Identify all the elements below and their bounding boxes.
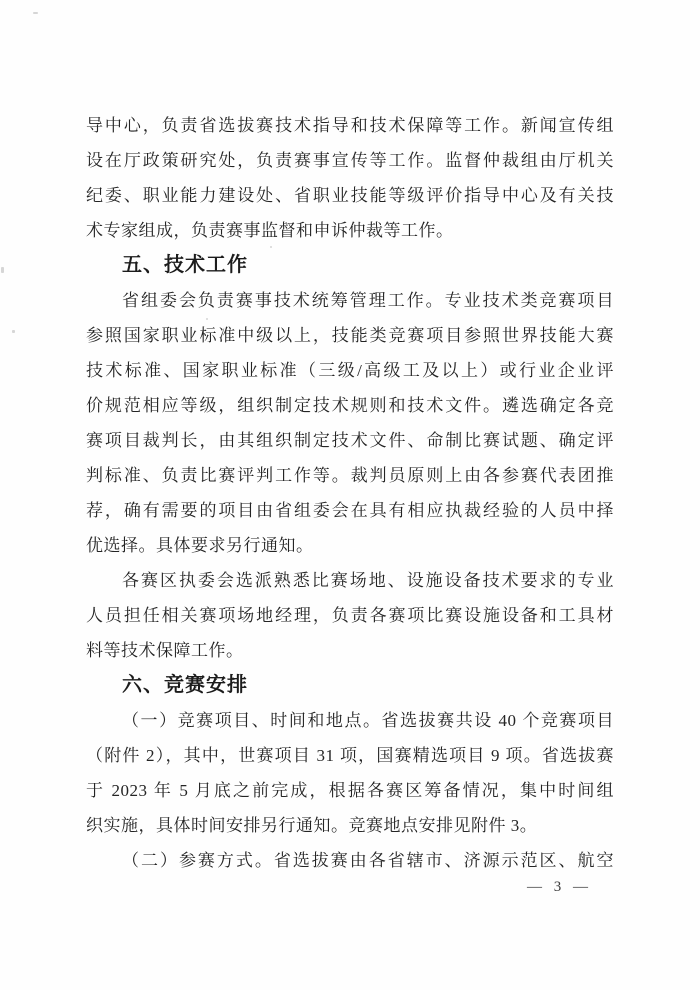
- text-line: 参照国家职业标准中级以上，技能类竞赛项目参照世界技能大赛: [86, 318, 614, 353]
- text-line: 赛项目裁判长，由其组织制定技术文件、命制比赛试题、确定评: [86, 423, 614, 458]
- text-line: 技术标准、国家职业标准（三级/高级工及以上）或行业企业评: [86, 353, 614, 388]
- text-line: 荐，确有需要的项目由省组委会在具有相应执裁经验的人员中择: [86, 493, 614, 528]
- text-line: 各赛区执委会选派熟悉比赛场地、设施设备技术要求的专业: [86, 563, 614, 598]
- text-line: 于 2023 年 5 月底之前完成，根据各赛区筹备情况，集中时间组: [86, 773, 614, 808]
- text-line: 人员担任相关赛项场地经理，负责各赛项比赛设施设备和工具材: [86, 598, 614, 633]
- text-line: 料等技术保障工作。: [86, 633, 614, 668]
- text-line: 术专家组成，负责赛事监督和申诉仲裁等工作。: [86, 213, 614, 248]
- text-line: 优选择。具体要求另行通知。: [86, 528, 614, 563]
- document-page: 导中心，负责省选拔赛技术指导和技术保障等工作。新闻宣传组设在厅政策研究处，负责赛…: [0, 0, 700, 990]
- page-number: — 3 —: [527, 879, 592, 896]
- text-line: 省组委会负责赛事技术统筹管理工作。专业技术类竞赛项目: [86, 283, 614, 318]
- text-line: 判标准、负责比赛评判工作等。裁判员原则上由各参赛代表团推: [86, 458, 614, 493]
- text-line: 价规范相应等级，组织制定技术规则和技术文件。遴选确定各竞: [86, 388, 614, 423]
- text-column: 导中心，负责省选拔赛技术指导和技术保障等工作。新闻宣传组设在厅政策研究处，负责赛…: [86, 108, 614, 878]
- scan-artifact: [1, 267, 4, 273]
- text-line: （一）竞赛项目、时间和地点。省选拔赛共设 40 个竞赛项目: [86, 703, 614, 738]
- text-line: （附件 2），其中，世赛项目 31 项，国赛精选项目 9 项。省选拔赛: [86, 738, 614, 773]
- text-line: （二）参赛方式。省选拔赛由各省辖市、济源示范区、航空: [86, 843, 614, 878]
- scan-artifact: [206, 318, 208, 320]
- section-heading: 六、竞赛安排: [86, 668, 614, 703]
- text-line: 织实施，具体时间安排另行通知。竞赛地点安排见附件 3。: [86, 808, 614, 843]
- text-line: 纪委、职业能力建设处、省职业技能等级评价指导中心及有关技: [86, 178, 614, 213]
- scan-artifact: [12, 330, 15, 333]
- section-heading: 五、技术工作: [86, 248, 614, 283]
- scan-artifact: [270, 246, 272, 248]
- scan-artifact: [33, 12, 38, 14]
- text-line: 设在厅政策研究处，负责赛事宣传等工作。监督仲裁组由厅机关: [86, 143, 614, 178]
- text-line: 导中心，负责省选拔赛技术指导和技术保障等工作。新闻宣传组: [86, 108, 614, 143]
